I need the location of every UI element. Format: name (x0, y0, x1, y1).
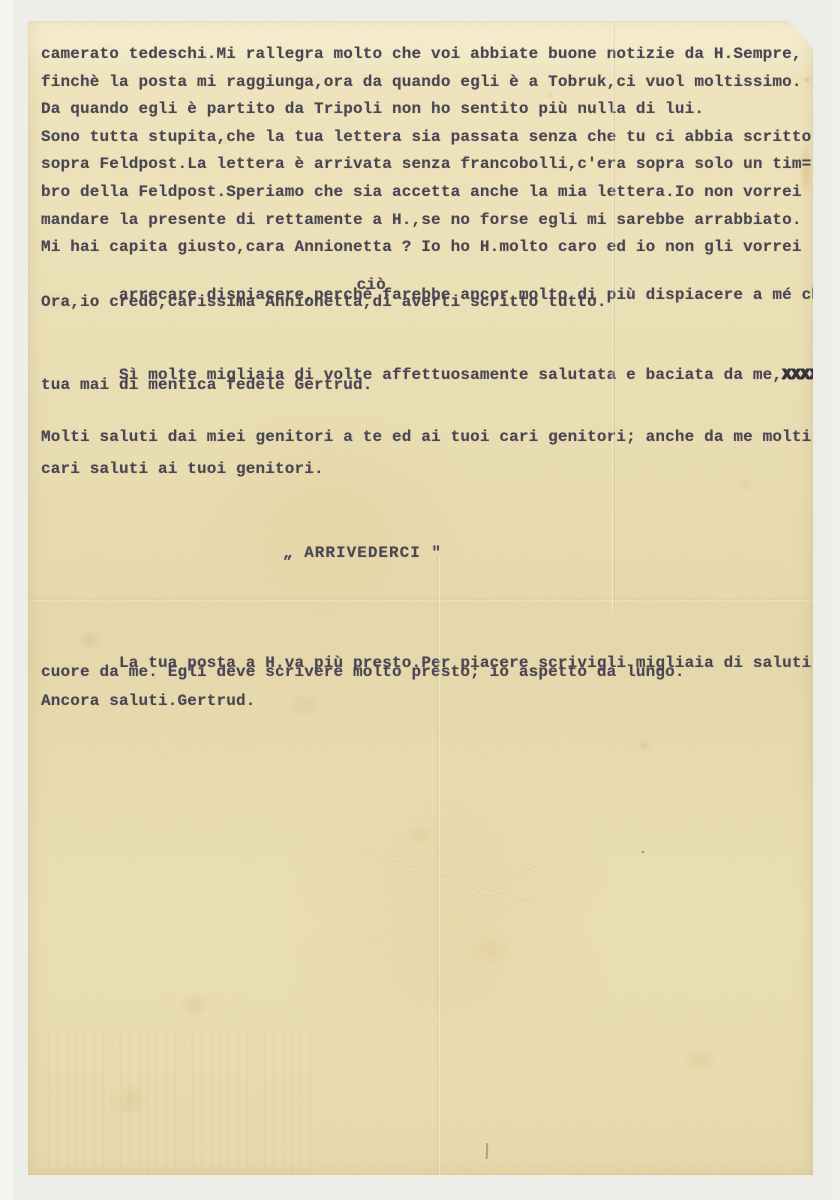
letter-page: camerato tedeschi.Mi rallegra molto che … (28, 21, 813, 1175)
struck-out-text: XXXXXXXXXXXX (782, 366, 813, 384)
arrivederci-line: „ ARRIVEDERCI " (283, 543, 813, 563)
letter-line-with-insertion: arrecare dispiacere,perchèciò farebbe an… (41, 265, 813, 293)
paragraph-4: La tua posta a H.va più presto.Per piace… (41, 633, 813, 720)
letter-line: bro della Feldpost.Speriamo che sia acce… (41, 182, 813, 210)
paragraph-1: camerato tedeschi.Mi rallegra molto che … (41, 44, 813, 320)
paragraph-3: Molti saluti dai miei genitori a te ed a… (41, 427, 813, 491)
letter-line: sopra Feldpost.La lettera è arrivata sen… (41, 154, 813, 182)
letter-line: Ancora saluti.Gertrud. (41, 691, 813, 720)
letter-line: cari saluti ai tuoi genitori. (41, 459, 813, 491)
salutation-text: „ ARRIVEDERCI " (283, 543, 813, 563)
paragraph-2: Sì molte migliaia di volte affettuosamen… (41, 345, 813, 405)
letter-line: Molti saluti dai miei genitori a te ed a… (41, 427, 813, 459)
letter-line: Mi hai capita giusto,cara Annionetta ? I… (41, 237, 813, 265)
letter-line: mandare la presente di rettamente a H.,s… (41, 210, 813, 238)
letter-line: Sono tutta stupita,che la tua lettera si… (41, 127, 813, 155)
interline-insertion-cio: ciò (357, 275, 386, 295)
letter-line-with-strikeout: Sì molte migliaia di volte affettuosamen… (41, 345, 813, 375)
letter-line-with-strikeout: La tua posta a H.va più presto.Per piace… (41, 633, 813, 662)
letter-line: camerato tedeschi.Mi rallegra molto che … (41, 44, 813, 72)
letter-body: camerato tedeschi.Mi rallegra molto che … (28, 21, 813, 1175)
letter-line: Da quando egli è partito da Tripoli non … (41, 99, 813, 127)
letter-line: finchè la posta mi raggiunga,ora da quan… (41, 72, 813, 100)
